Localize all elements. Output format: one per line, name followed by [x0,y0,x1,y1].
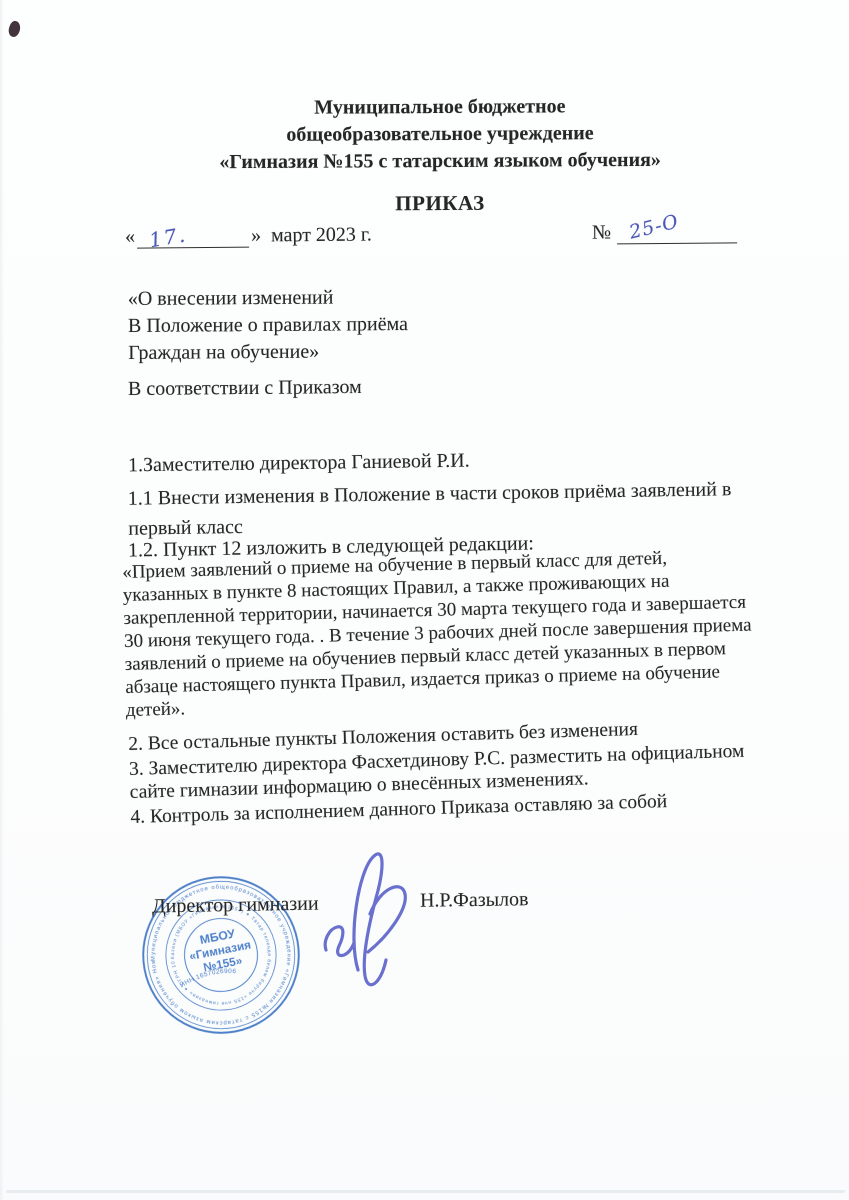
preamble: В соответствии с Приказом [128,376,362,401]
ink-smudge-artifact [7,20,22,39]
order-subject: «О внесении изменений В Положение о прав… [128,284,409,367]
director-signature [318,846,418,998]
org-name-line2: общеобразовательное учреждение [90,119,790,150]
organization-header: Муниципальное бюджетное общеобразователь… [90,92,790,177]
open-quote: « [125,226,135,249]
document-title: ПРИКАЗ [90,189,790,218]
order-items-2-4: 2. Все остальные пункты Положения остави… [128,713,821,830]
date-month-year: март 2023 г. [271,224,372,248]
date-blank-line: 17. [137,223,249,249]
scan-edge-shade-left [0,0,4,1200]
date-field: « 17. » март 2023 г. [125,222,372,249]
number-field: № 25-О [592,218,737,244]
quoted-new-wording: «Прием заявлений о приеме на обучение в … [122,543,816,722]
handwritten-day: 17. [147,222,188,252]
number-sign: № [592,221,611,244]
org-name-line1: Муниципальное бюджетное [90,92,790,123]
signatory-name: Н.Р.Фазылов [420,888,529,913]
number-blank-line: 25-О [617,218,737,244]
signature-role-label: Директор гимназии [152,893,319,919]
date-and-number-row: « 17. » март 2023 г. № 25-О [125,218,737,248]
handwritten-number: 25-О [627,210,681,243]
order-item-1: 1.Заместителю директора Ганиевой Р.И. [128,450,470,478]
org-name-line3: «Гимназия №155 с татарским языком обучен… [90,146,790,177]
scan-edge-shadow-bottom [6,1190,845,1193]
close-quote: » [251,224,261,247]
document-page: Муниципальное бюджетное общеобразователь… [0,0,849,1200]
